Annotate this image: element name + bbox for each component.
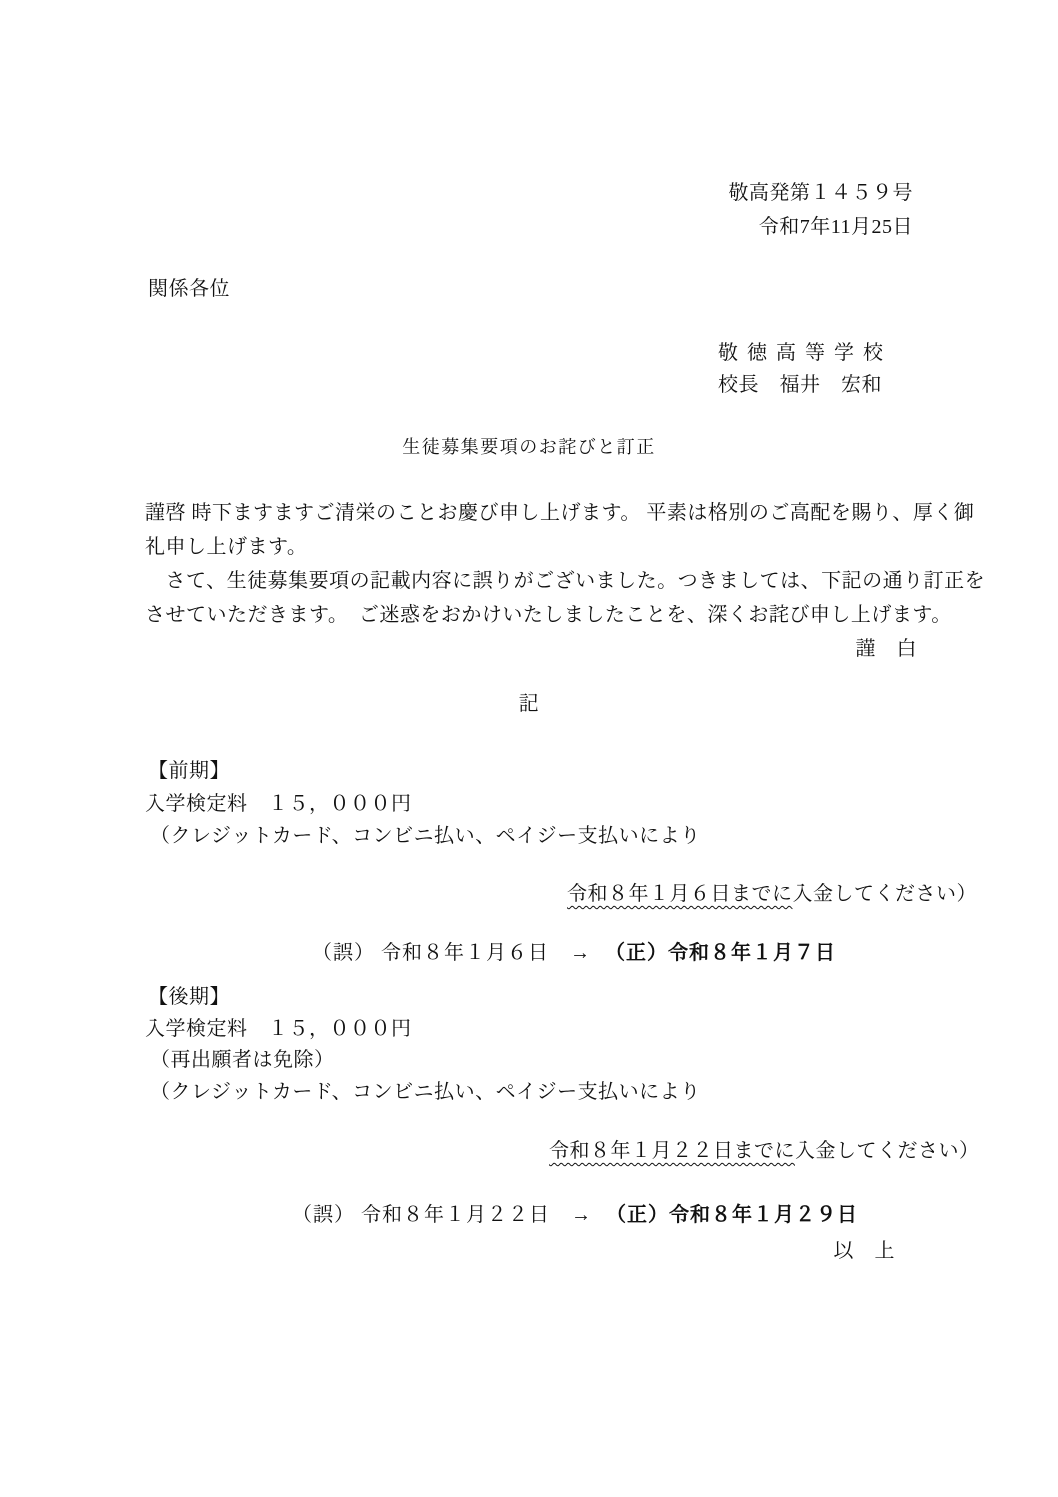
kouki-heading: 【後期】 bbox=[148, 984, 230, 1010]
closing-mark: 以 上 bbox=[834, 1238, 896, 1264]
body-para1-line1: 謹啓 時下ますますご清栄のことお慶び申し上げます。 平素は格別のご高配を賜り、厚… bbox=[145, 500, 974, 526]
issue-date: 令和7年11月25日 bbox=[759, 214, 913, 240]
kouki-deadline-date: 令和８年１月２２日までに bbox=[549, 1140, 795, 1162]
letter-page: 敬高発第１４５９号 令和7年11月25日 関係各位 敬 徳 高 等 学 校 校長… bbox=[0, 0, 1058, 1497]
doc-title: 生徒募集要項のお詫びと訂正 bbox=[0, 436, 1058, 459]
kouki-correction-right: （正）令和８年１月２９日 bbox=[606, 1204, 858, 1226]
recipient: 関係各位 bbox=[148, 276, 230, 302]
kouki-exemption: （再出願者は免除） bbox=[150, 1047, 335, 1073]
body-para1-line2: 礼申し上げます。 bbox=[145, 534, 307, 560]
kouki-deadline-rest: 入金してください） bbox=[795, 1140, 980, 1162]
kouki-correction-wrong: （誤） 令和８年１月２２日 → bbox=[292, 1204, 592, 1226]
zenki-deadline-date: 令和８年１月６日までに bbox=[567, 883, 793, 905]
doc-number: 敬高発第１４５９号 bbox=[729, 180, 914, 206]
zenki-deadline-rest: 入金してください） bbox=[793, 883, 978, 905]
body-para2-line2: させていただきます。 ご迷惑をおかけいたしましたことを、深くお詫び申し上げます。 bbox=[145, 602, 952, 628]
sender-school: 敬 徳 高 等 学 校 bbox=[718, 340, 885, 366]
closing-keigo: 謹 白 bbox=[856, 636, 918, 662]
zenki-fee: 入学検定料 １５，０００円 bbox=[145, 791, 412, 817]
zenki-correction-right: （正）令和８年１月７日 bbox=[605, 942, 836, 964]
kouki-payment-methods: （クレジットカード、コンビニ払い、ペイジー支払いにより bbox=[150, 1079, 701, 1105]
zenki-correction-wrong: （誤） 令和８年１月６日 → bbox=[312, 942, 591, 964]
ki-marker: 記 bbox=[0, 691, 1058, 717]
sender-principal: 校長 福井 宏和 bbox=[718, 372, 882, 398]
kouki-fee: 入学検定料 １５，０００円 bbox=[145, 1016, 412, 1042]
zenki-heading: 【前期】 bbox=[148, 758, 230, 784]
zenki-correction: （誤） 令和８年１月６日 →（正）令和８年１月７日 bbox=[290, 914, 836, 992]
kouki-correction: （誤） 令和８年１月２２日 →（正）令和８年１月２９日 bbox=[270, 1176, 858, 1254]
body-para2-line1: さて、生徒募集要項の記載内容に誤りがございました。つきましては、下記の通り訂正を bbox=[145, 568, 985, 594]
zenki-payment-methods: （クレジットカード、コンビニ払い、ペイジー支払いにより bbox=[150, 823, 701, 849]
